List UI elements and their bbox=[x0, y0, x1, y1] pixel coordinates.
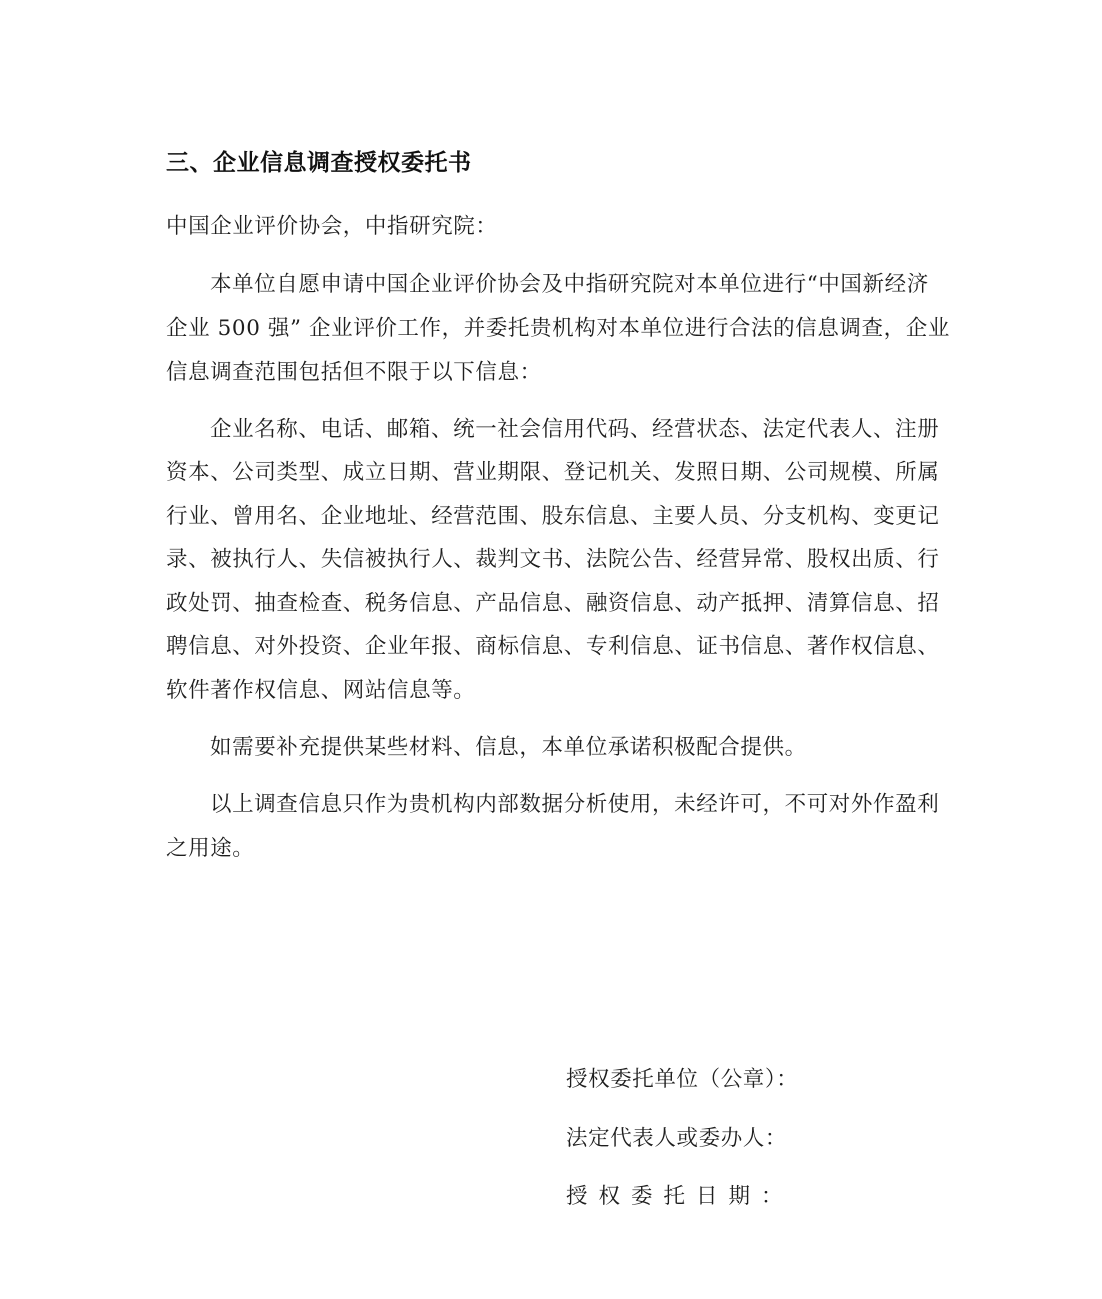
paragraph-1-line-1: 本单位自愿申请中国企业评价协会及中指研究院对本单位进行“中国新经济 bbox=[210, 270, 929, 300]
paragraph-2-line-5: 政处罚、抽查检查、税务信息、产品信息、融资信息、动产抵押、清算信息、招 bbox=[166, 589, 940, 619]
paragraph-1-line-3: 信息调查范围包括但不限于以下信息： bbox=[166, 358, 542, 388]
paragraph-2-line-6: 聘信息、对外投资、企业年报、商标信息、专利信息、证书信息、著作权信息、 bbox=[166, 632, 940, 662]
document-page: 三、企业信息调查授权委托书 中国企业评价协会，中指研究院： 本单位自愿申请中国企… bbox=[0, 0, 1102, 1299]
paragraph-2-line-4: 录、被执行人、失信被执行人、裁判文书、法院公告、经营异常、股权出质、行 bbox=[166, 545, 940, 575]
paragraph-3-line-1: 如需要补充提供某些材料、信息，本单位承诺积极配合提供。 bbox=[210, 733, 807, 763]
paragraph-2-line-1: 企业名称、电话、邮箱、统一社会信用代码、经营状态、法定代表人、注册 bbox=[210, 415, 939, 445]
signature-representative-label: 法定代表人或委办人： bbox=[566, 1124, 787, 1154]
paragraph-2-line-7: 软件著作权信息、网站信息等。 bbox=[166, 676, 475, 706]
paragraph-2-line-2: 资本、公司类型、成立日期、营业期限、登记机关、发照日期、公司规模、所属 bbox=[166, 458, 940, 488]
salutation: 中国企业评价协会，中指研究院： bbox=[166, 212, 498, 242]
signature-unit-label: 授权委托单位（公章）： bbox=[566, 1065, 798, 1095]
paragraph-1-line-2: 企业 500 强” 企业评价工作，并委托贵机构对本单位进行合法的信息调查，企业 bbox=[166, 314, 950, 344]
paragraph-4-line-2: 之用途。 bbox=[166, 834, 254, 864]
paragraph-2-line-3: 行业、曾用名、企业地址、经营范围、股东信息、主要人员、分支机构、变更记 bbox=[166, 502, 940, 532]
section-title: 三、企业信息调查授权委托书 bbox=[166, 146, 472, 180]
signature-date-label: 授权委托日期： bbox=[566, 1182, 794, 1212]
paragraph-4-line-1: 以上调查信息只作为贵机构内部数据分析使用，未经许可，不可对外作盈利 bbox=[210, 790, 939, 820]
